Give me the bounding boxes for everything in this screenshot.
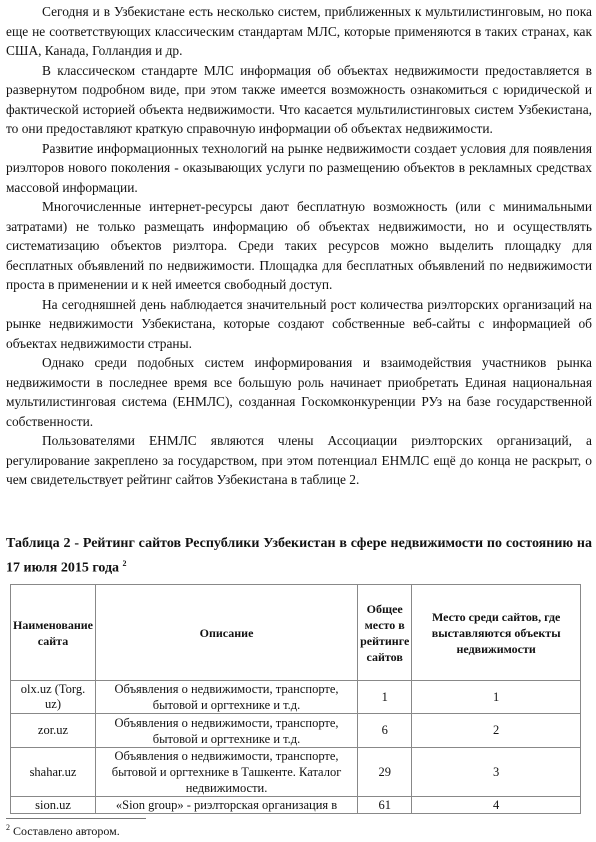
cell-overall: 61 [358, 797, 412, 814]
cell-description: Объявления о недвижимости, транспорте, б… [96, 681, 358, 714]
header-realty: Место среди сайтов, где выставляются объ… [412, 585, 581, 681]
paragraph: На сегодняшней день наблюдается значител… [6, 295, 592, 354]
cell-site: shahar.uz [11, 748, 96, 797]
body-text: Сегодня и в Узбекистане есть несколько с… [6, 2, 592, 490]
paragraph: Сегодня и в Узбекистане есть несколько с… [6, 2, 592, 61]
cell-site: zor.uz [11, 714, 96, 748]
paragraph: Развитие информационных технологий на ры… [6, 139, 592, 198]
table-row: zor.uz Объявления о недвижимости, трансп… [11, 714, 581, 748]
header-overall: Общее место в рейтинге сайтов [358, 585, 412, 681]
paragraph: Пользователями ЕНМЛС являются члены Ассо… [6, 431, 592, 490]
paragraph: В классическом стандарте МЛС информация … [6, 61, 592, 139]
cell-description: «Sion group» - риэлторская организация в [96, 797, 358, 814]
header-site: Наименование сайта [11, 585, 96, 681]
cell-realty: 4 [412, 797, 581, 814]
header-description: Описание [96, 585, 358, 681]
cell-description: Объявления о недвижимости, транспорте, б… [96, 714, 358, 748]
ratings-table: Наименование сайта Описание Общее место … [10, 584, 581, 814]
table-row: shahar.uz Объявления о недвижимости, тра… [11, 748, 581, 797]
table-caption: Таблица 2 - Рейтинг сайтов Республики Уз… [6, 534, 592, 579]
table-header-row: Наименование сайта Описание Общее место … [11, 585, 581, 681]
cell-overall: 1 [358, 681, 412, 714]
cell-description: Объявления о недвижимости, транспорте, б… [96, 748, 358, 797]
paragraph: Однако среди подобных систем информирова… [6, 353, 592, 431]
footnote: 2 Составлено автором. [6, 823, 120, 839]
cell-site: olx.uz (Torg. uz) [11, 681, 96, 714]
table-row: olx.uz (Torg. uz) Объявления о недвижимо… [11, 681, 581, 714]
paragraph: Многочисленные интернет-ресурсы дают бес… [6, 197, 592, 295]
footnote-text: Составлено автором. [13, 824, 120, 838]
table-row: sion.uz «Sion group» - риэлторская орган… [11, 797, 581, 814]
footnote-ref: 2 [123, 559, 127, 568]
footnote-mark: 2 [6, 823, 10, 832]
caption-text: Таблица 2 - Рейтинг сайтов Республики Уз… [6, 536, 592, 576]
cell-overall: 6 [358, 714, 412, 748]
cell-realty: 1 [412, 681, 581, 714]
cell-site: sion.uz [11, 797, 96, 814]
cell-overall: 29 [358, 748, 412, 797]
footnote-separator [6, 818, 146, 819]
cell-realty: 2 [412, 714, 581, 748]
cell-realty: 3 [412, 748, 581, 797]
